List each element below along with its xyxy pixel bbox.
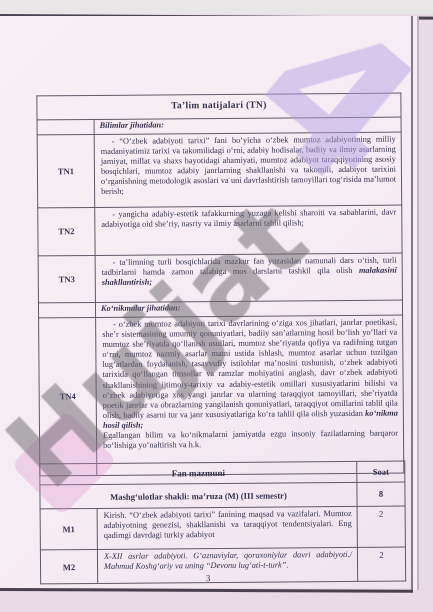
outcome-id: TN1 (37, 134, 95, 207)
lecture-form-subheader: Mashg‘ulotlar shakli: ma’ruza (M) (III s… (40, 482, 357, 508)
empty-label-cell (37, 119, 94, 134)
outcome-text: - yangicha adabiy-estetik tafakkurning y… (101, 208, 396, 231)
outcome-text: - ta’limning turli bosqichlarida mazkur … (102, 256, 397, 289)
table-row: TN2 - yangicha adabiy-estetik tafakkurni… (38, 205, 402, 256)
course-content-table: Fan mazmuni Soat Mashg‘ulotlar shakli: m… (39, 461, 406, 585)
outcome-text-cell: - ta’limning turli bosqichlarida mazkur … (95, 253, 402, 302)
learning-outcomes-table: Ta’lim natijalari (TN) Bilimlar jihatida… (36, 93, 404, 477)
lecture-id: M1 (40, 508, 97, 549)
outcome-text: - o‘zbek mumtoz adabiyoti tarixi davrlar… (102, 318, 398, 431)
outcome-id: TN3 (38, 255, 95, 302)
outcome-id: TN4 (39, 317, 97, 475)
lecture-hours: 2 (357, 506, 405, 547)
table-row: TN4 - o‘zbek mumtoz adabiyoti tarixi dav… (39, 315, 404, 476)
page-content: Ta’lim natijalari (TN) Bilimlar jihatida… (0, 0, 433, 612)
table-row: TN1 - “O‘zbek adabiyoti tarixi” fani bo‘… (37, 132, 402, 208)
table-row: Fan mazmuni Soat (40, 461, 405, 485)
outcome-text-cell: - “O‘zbek adabiyoti tarixi” fani bo‘yich… (94, 132, 402, 207)
table-row: M1 Kirish. “O‘zbek adabiyoti tarixi” fan… (40, 506, 405, 550)
table-row: Mashg‘ulotlar shakli: ma’ruza (M) (III s… (40, 482, 405, 509)
page-edge-shadow (417, 16, 419, 590)
book-page-scan: Ta’lim natijalari (TN) Bilimlar jihatida… (0, 0, 433, 612)
table-row: TN3 - ta’limning turli bosqichlarida maz… (38, 253, 402, 303)
outcome-text: - “O‘zbek adabiyoti tarixi” fani bo‘yich… (101, 135, 396, 198)
empty-label-cell (38, 302, 95, 317)
content-table-title: Fan mazmuni (40, 461, 357, 484)
outcome-text-cell: - yangicha adabiy-estetik tafakkurning y… (95, 205, 402, 255)
hours-column-header: Soat (357, 461, 405, 482)
lecture-topic: Kirish. “O‘zbek adabiyoti tarixi” fanini… (97, 506, 357, 549)
outcome-id: TN2 (38, 207, 95, 255)
page-number: 3 (2, 571, 414, 584)
outcomes-table-title: Ta’lim natijalari (TN) (37, 93, 401, 120)
total-hours: 8 (357, 482, 405, 506)
table-row: Ta’lim natijalari (TN) (37, 93, 401, 120)
outcome-text-cell: - o‘zbek mumtoz adabiyoti tarixi davrlar… (96, 315, 404, 475)
outcome-text-secondary: Egallangan bilim va ko‘nikmalarni jamiya… (103, 429, 398, 452)
